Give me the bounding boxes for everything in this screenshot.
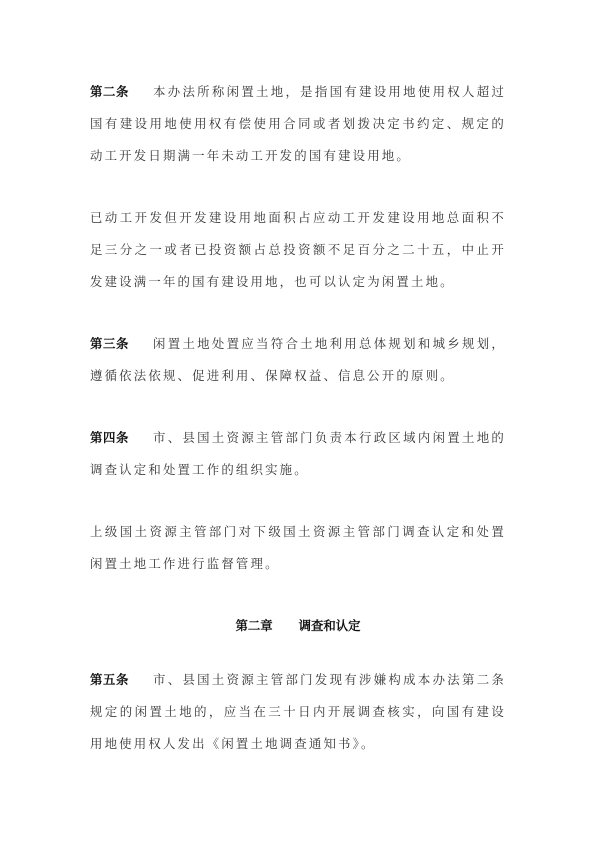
article-text: 闲置土地处置应当符合土地利用总体规划和城乡规划，遵循依法依规、促进利用、保障权益…	[90, 336, 506, 383]
document-page: 第二条本办法所称闲置土地，是指国有建设用地使用权人超过国有建设用地使用权有偿使用…	[90, 76, 506, 760]
article-label: 第三条	[90, 336, 129, 351]
article-3-paragraph-1: 第三条闲置土地处置应当符合土地利用总体规划和城乡规划，遵循依法依规、促进利用、保…	[90, 328, 506, 392]
article-5-paragraph-1: 第五条市、县国土资源主管部门发现有涉嫌构成本办法第二条规定的闲置土地的，应当在三…	[90, 664, 506, 760]
article-label: 第四条	[90, 430, 129, 445]
article-2-paragraph-2: 已动工开发但开发建设用地面积占应动工开发建设用地总面积不足三分之一或者已投资额占…	[90, 202, 506, 298]
article-label: 第五条	[90, 672, 129, 687]
article-text: 市、县国土资源主管部门发现有涉嫌构成本办法第二条规定的闲置土地的，应当在三十日内…	[90, 672, 506, 751]
article-label: 第二条	[90, 84, 129, 99]
chapter-number: 第二章	[235, 618, 272, 633]
chapter-title: 调查和认定	[299, 618, 361, 633]
article-text: 市、县国土资源主管部门负责本行政区域内闲置土地的调查认定和处置工作的组织实施。	[90, 430, 506, 477]
article-text: 本办法所称闲置土地，是指国有建设用地使用权人超过国有建设用地使用权有偿使用合同或…	[90, 84, 506, 163]
chapter-heading: 第二章调查和认定	[90, 610, 506, 642]
article-4-paragraph-1: 第四条市、县国土资源主管部门负责本行政区域内闲置土地的调查认定和处置工作的组织实…	[90, 422, 506, 486]
article-4-paragraph-2: 上级国土资源主管部门对下级国土资源主管部门调查认定和处置闲置土地工作进行监督管理…	[90, 516, 506, 580]
article-2-paragraph-1: 第二条本办法所称闲置土地，是指国有建设用地使用权人超过国有建设用地使用权有偿使用…	[90, 76, 506, 172]
